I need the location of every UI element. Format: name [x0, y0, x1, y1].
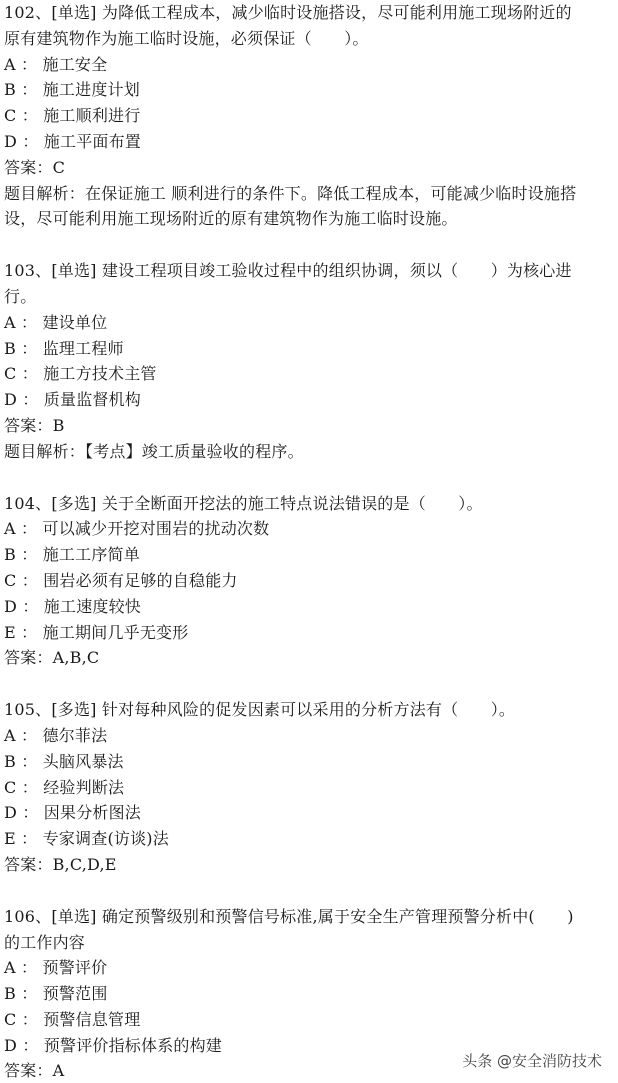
option-a: A ： 建设单位 [4, 310, 618, 336]
question-102: 102、[单选] 为降低工程成本，减少临时设施搭设，尽可能利用施工现场附近的 原… [4, 0, 618, 232]
option-b: B ： 施工工序简单 [4, 542, 618, 568]
answer: 答案：C [4, 155, 618, 181]
option-e: E ： 专家调查(访谈)法 [4, 826, 618, 852]
spacer [4, 232, 618, 258]
option-d: D ： 施工速度较快 [4, 594, 618, 620]
option-b: B ： 头脑风暴法 [4, 749, 618, 775]
option-c: C ： 施工顺利进行 [4, 103, 618, 129]
option-a: A ： 施工安全 [4, 52, 618, 78]
option-a: A ： 可以减少开挖对围岩的扰动次数 [4, 516, 618, 542]
option-b: B ： 预警范围 [4, 981, 618, 1007]
question-stem: 103、[单选] 建设工程项目竣工验收过程中的组织协调，须以（ ）为核心进 [4, 258, 618, 284]
option-e: E ： 施工期间几乎无变形 [4, 620, 618, 646]
option-c: C ： 围岩必须有足够的自稳能力 [4, 568, 618, 594]
option-b: B ： 监理工程师 [4, 336, 618, 362]
analysis: 题目解析：【考点】竣工质量验收的程序。 [4, 439, 618, 465]
option-b: B ： 施工进度计划 [4, 77, 618, 103]
question-stem: 104、[多选] 关于全断面开挖法的施工特点说法错误的是（ ）。 [4, 491, 618, 517]
analysis: 设，尽可能利用施工现场附近的原有建筑物作为施工临时设施。 [4, 206, 618, 232]
option-d: D ： 因果分析图法 [4, 800, 618, 826]
document-body: 102、[单选] 为降低工程成本，减少临时设施搭设，尽可能利用施工现场附近的 原… [4, 0, 618, 1083]
spacer [4, 878, 618, 904]
option-a: A ： 德尔菲法 [4, 723, 618, 749]
spacer [4, 671, 618, 697]
question-stem: 106、[单选] 确定预警级别和预警信号标准,属于安全生产管理预警分析中( ) [4, 904, 618, 930]
answer: 答案：B [4, 413, 618, 439]
question-104: 104、[多选] 关于全断面开挖法的施工特点说法错误的是（ ）。 A ： 可以减… [4, 491, 618, 672]
option-c: C ： 施工方技术主管 [4, 361, 618, 387]
watermark: 头条 @安全消防技术 [462, 1050, 602, 1071]
option-d: D ： 施工平面布置 [4, 129, 618, 155]
analysis: 题目解析：在保证施工 顺利进行的条件下。降低工程成本，可能减少临时设施搭 [4, 181, 618, 207]
option-d: D ： 质量监督机构 [4, 387, 618, 413]
option-c: C ： 经验判断法 [4, 775, 618, 801]
option-c: C ： 预警信息管理 [4, 1007, 618, 1033]
question-stem: 行。 [4, 284, 618, 310]
question-stem: 的工作内容 [4, 930, 618, 956]
question-105: 105、[多选] 针对每种风险的促发因素可以采用的分析方法有（ ）。 A ： 德… [4, 697, 618, 878]
answer: 答案：A,B,C [4, 645, 618, 671]
question-stem: 105、[多选] 针对每种风险的促发因素可以采用的分析方法有（ ）。 [4, 697, 618, 723]
answer: 答案：B,C,D,E [4, 852, 618, 878]
question-stem: 102、[单选] 为降低工程成本，减少临时设施搭设，尽可能利用施工现场附近的 [4, 0, 618, 26]
option-a: A ： 预警评价 [4, 955, 618, 981]
spacer [4, 465, 618, 491]
question-stem: 原有建筑物作为施工临时设施，必须保证（ ）。 [4, 26, 618, 52]
question-103: 103、[单选] 建设工程项目竣工验收过程中的组织协调，须以（ ）为核心进 行。… [4, 258, 618, 464]
